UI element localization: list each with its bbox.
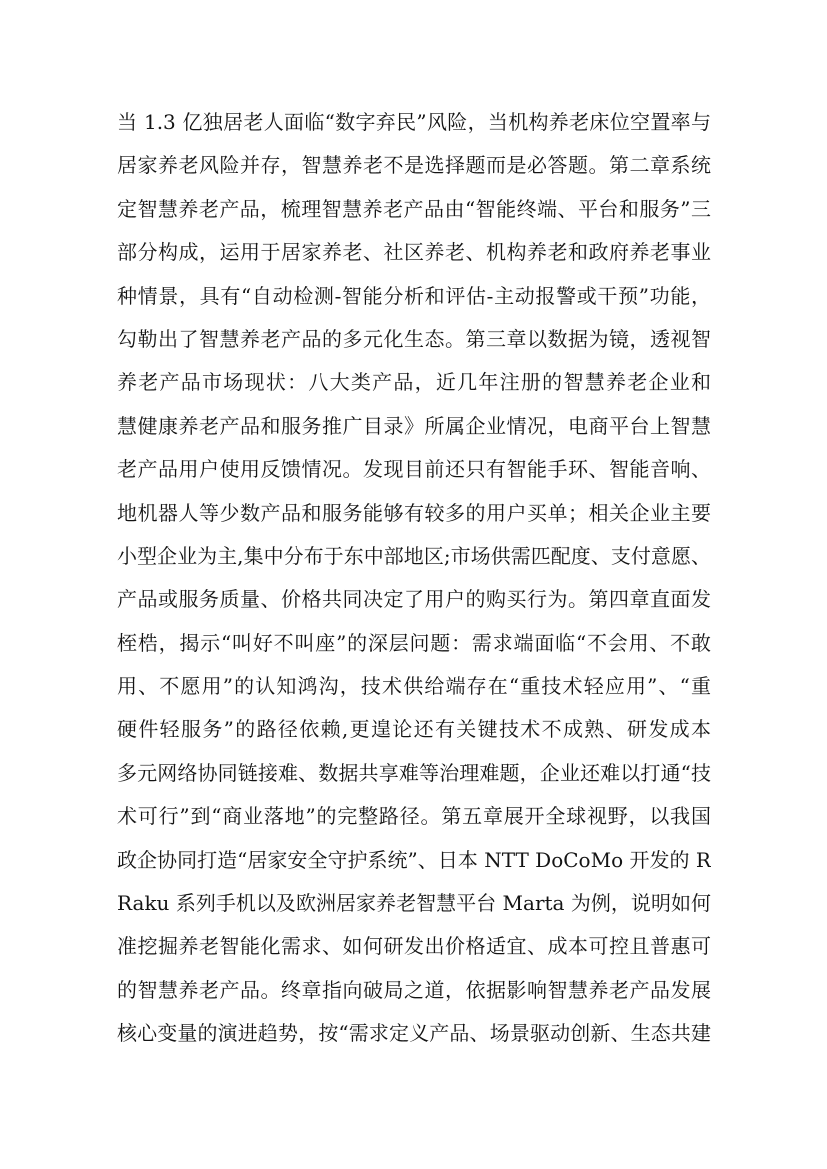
text-line: 老产品用户使用反馈情况。发现目前还只有智能手环、智能音响、扫 bbox=[117, 448, 711, 491]
text-line: 硬件轻服务”的路径依赖,更遑论还有关键技术不成熟、研发成本高、 bbox=[117, 708, 711, 751]
text-line: 准挖掘养老智能化需求、如何研发出价格适宜、成本可控且普惠可及 bbox=[117, 925, 711, 968]
text-line: 桎梏，揭示“叫好不叫座”的深层问题：需求端面临“不会用、不敢 bbox=[117, 622, 711, 665]
paragraph: 当 1.3 亿独居老人面临“数字弃民”风险，当机构养老床位空置率与居家养老风险并… bbox=[117, 101, 711, 1056]
text-line: 地机器人等少数产品和服务能够有较多的用户买单；相关企业主要以 bbox=[117, 492, 711, 535]
text-line: 产品或服务质量、价格共同决定了用户的购买行为。第四章直面发展 bbox=[117, 578, 711, 621]
text-line: 慧健康养老产品和服务推广目录》所属企业情况，电商平台上智慧养 bbox=[117, 405, 711, 448]
text-line: 部分构成，运用于居家养老、社区养老、机构养老和政府养老事业四 bbox=[117, 231, 711, 274]
text-line: Raku 系列手机以及欧洲居家养老智慧平台 Marta 为例，说明如何精 bbox=[117, 882, 711, 925]
text-line: 政企协同打造“居家安全守护系统”、日本 NTT DoCoMo 开发的 Raku- bbox=[117, 839, 711, 882]
text-line: 核心变量的演进趋势，按“需求定义产品、场景驱动创新、生态共建 bbox=[117, 1012, 711, 1055]
text-line: 的智慧养老产品。终章指向破局之道，依据影响智慧养老产品发展的 bbox=[117, 969, 711, 1012]
text-line: 用、不愿用”的认知鸿沟，技术供给端存在“重技术轻应用”、“重 bbox=[117, 665, 711, 708]
text-line: 勾勒出了智慧养老产品的多元化生态。第三章以数据为镜，透视智慧 bbox=[117, 318, 711, 361]
text-line: 定智慧养老产品，梳理智慧养老产品由“智能终端、平台和服务”三 bbox=[117, 188, 711, 231]
document-page: 当 1.3 亿独居老人面临“数字弃民”风险，当机构养老床位空置率与居家养老风险并… bbox=[0, 0, 827, 1169]
text-line: 居家养老风险并存，智慧养老不是选择题而是必答题。第二章系统界 bbox=[117, 144, 711, 187]
text-line: 多元网络协同链接难、数据共享难等治理难题，企业还难以打通“技 bbox=[117, 752, 711, 795]
text-line: 小型企业为主,集中分布于东中部地区;市场供需匹配度、支付意愿、 bbox=[117, 535, 711, 578]
text-line: 当 1.3 亿独居老人面临“数字弃民”风险，当机构养老床位空置率与 bbox=[117, 101, 711, 144]
text-line: 养老产品市场现状：八大类产品，近几年注册的智慧养老企业和《智 bbox=[117, 361, 711, 404]
text-line: 术可行”到“商业落地”的完整路径。第五章展开全球视野，以我国 bbox=[117, 795, 711, 838]
text-line: 种情景，具有“自动检测-智能分析和评估-主动报警或干预”功能， bbox=[117, 275, 711, 318]
